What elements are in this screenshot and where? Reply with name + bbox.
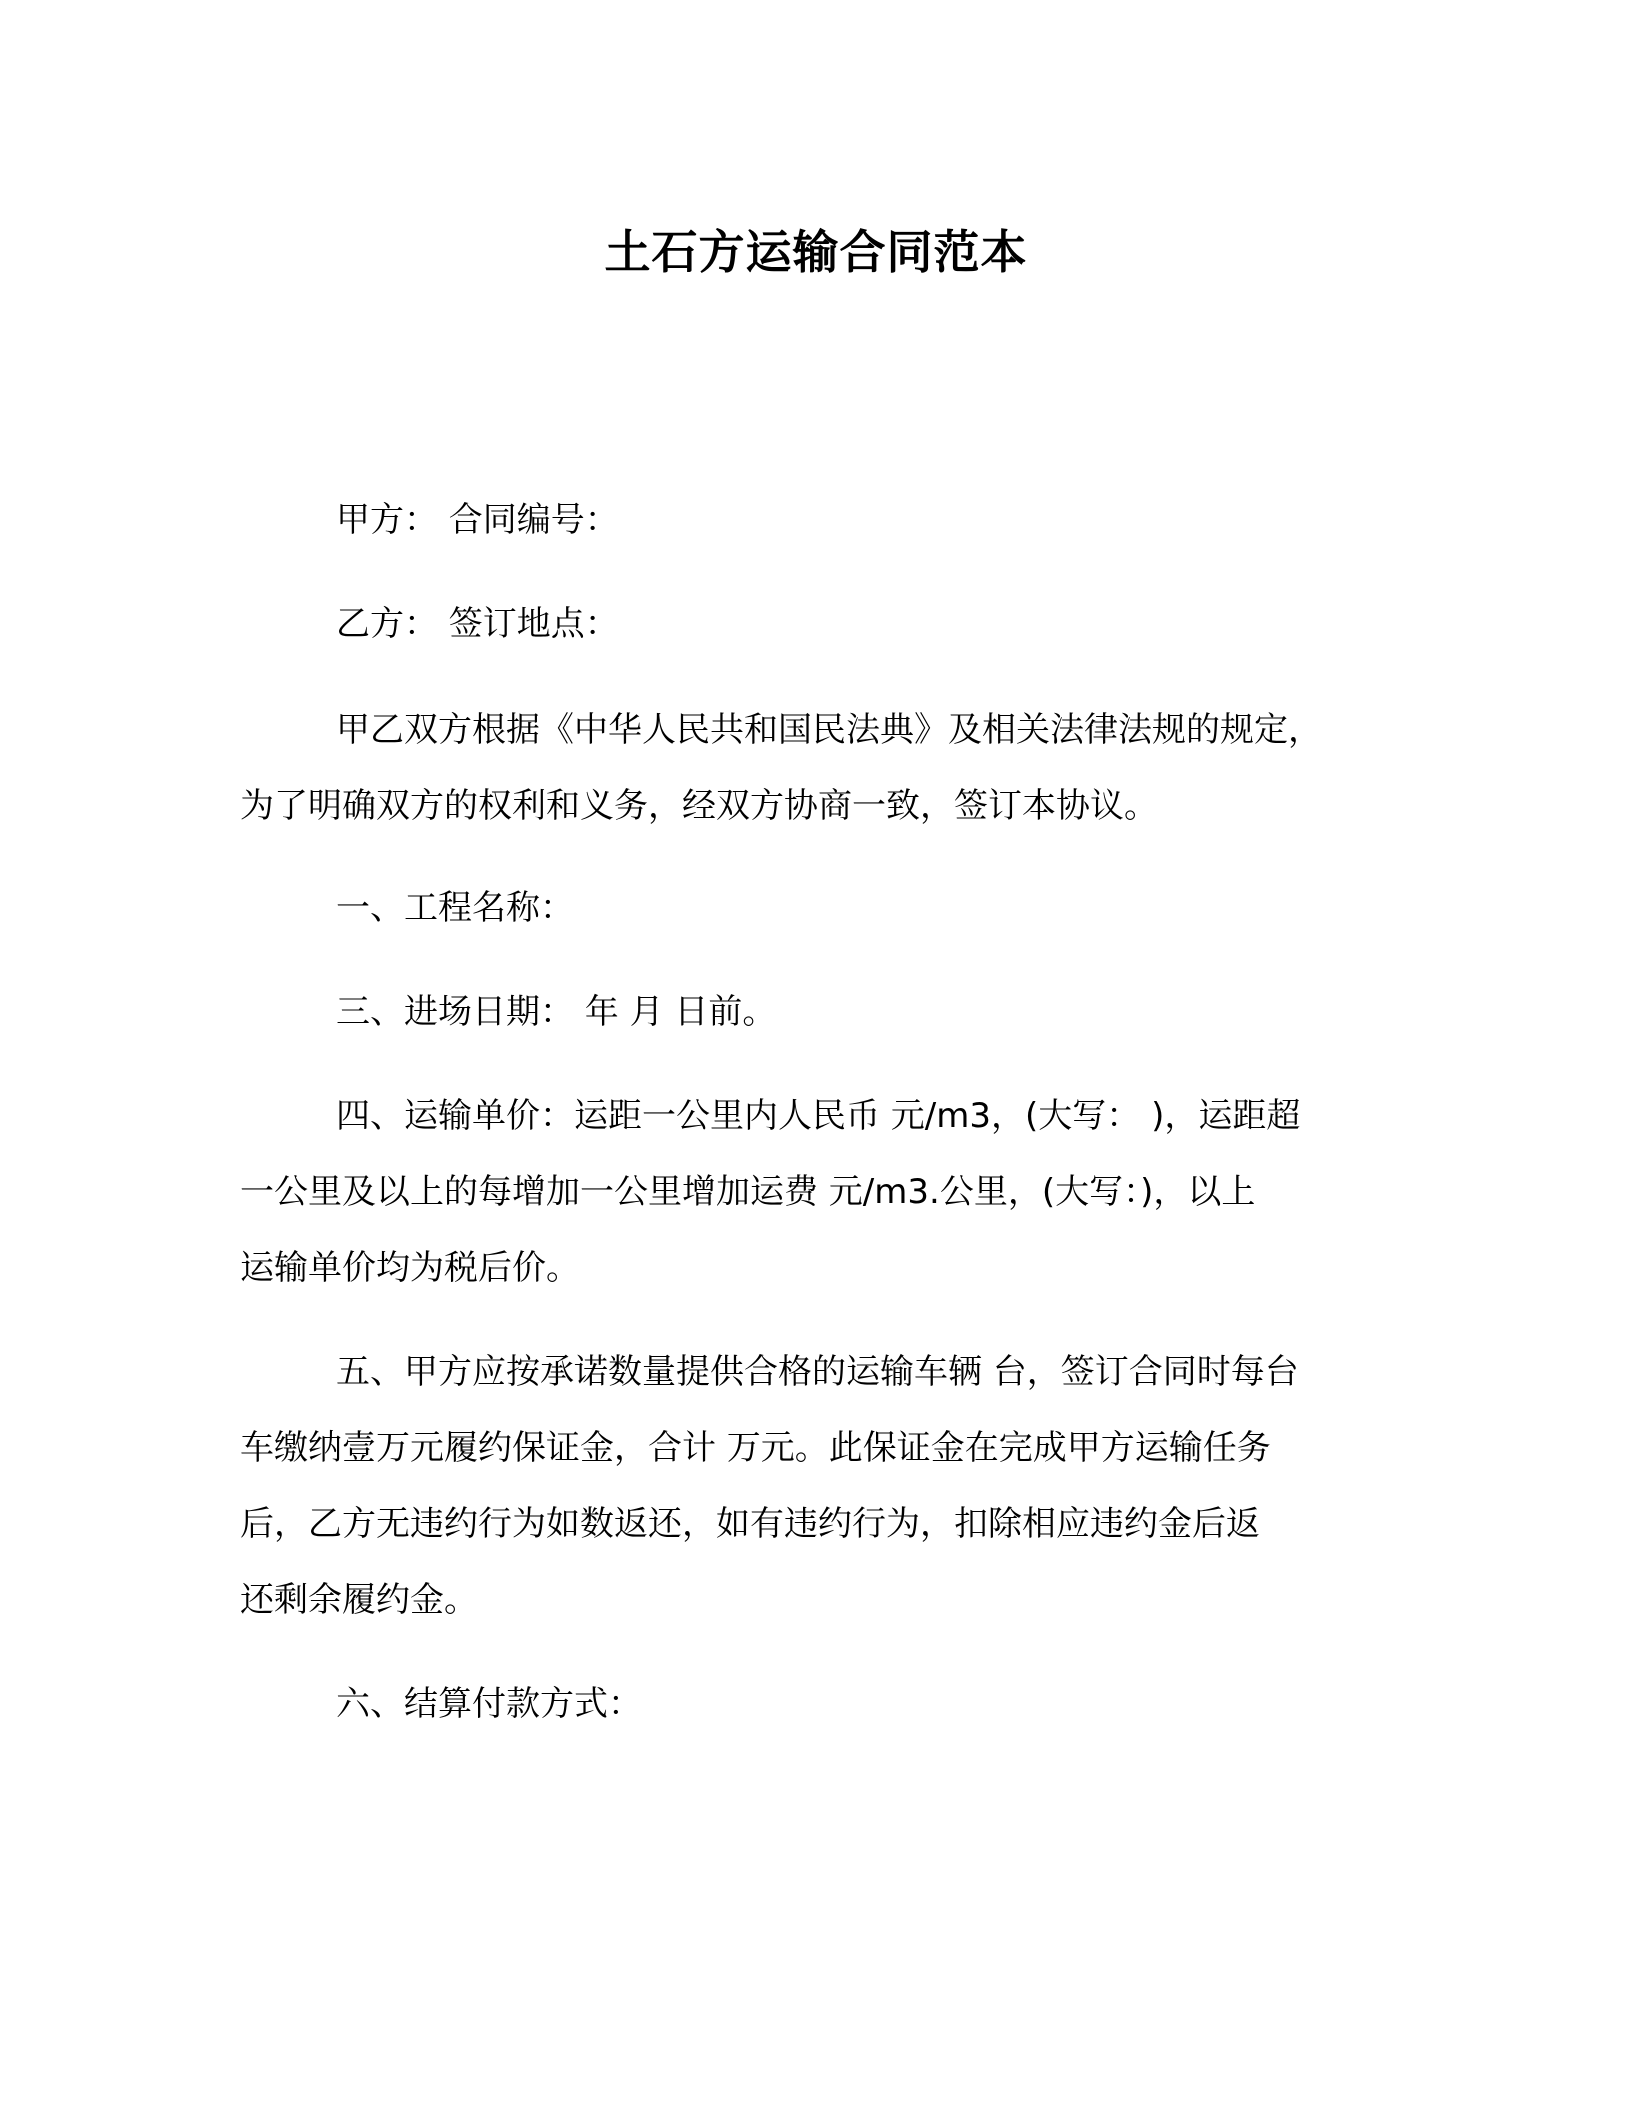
clause-5-deposit-line-1: 五、甲方应按承诺数量提供合格的运输车辆 台，签订合同时每台: [336, 1350, 1299, 1394]
party-b-line: 乙方： 签订地点：: [336, 602, 619, 646]
clause-5-deposit-line-4: 还剩余履约金。: [240, 1578, 478, 1622]
clause-5-deposit-line-2: 车缴纳壹万元履约保证金，合计 万元。此保证金在完成甲方运输任务: [240, 1426, 1271, 1470]
clause-1-project-name: 一、工程名称：: [336, 886, 574, 930]
document-title: 土石方运输合同范本: [0, 222, 1632, 282]
clause-4-unit-price-line-3: 运输单价均为税后价。: [240, 1246, 580, 1290]
party-a-line: 甲方： 合同编号：: [336, 498, 619, 542]
clause-4-unit-price-line-2: 一公里及以上的每增加一公里增加运费 元/m3.公里，(大写：)，以上: [240, 1170, 1255, 1214]
clause-5-deposit-line-3: 后，乙方无违约行为如数返还，如有违约行为，扣除相应违约金后返: [240, 1502, 1260, 1546]
clause-3-entry-date: 三、进场日期： 年 月 日前。: [336, 990, 776, 1034]
document-page: 土石方运输合同范本 甲方： 合同编号： 乙方： 签订地点： 甲乙双方根据《中华人…: [0, 0, 1632, 2112]
preamble-line-1: 甲乙双方根据《中华人民共和国民法典》及相关法律法规的规定，: [336, 708, 1322, 752]
clause-4-unit-price-line-1: 四、运输单价：运距一公里内人民币 元/m3，(大写： )，运距超: [336, 1094, 1300, 1138]
clause-6-payment-method: 六、结算付款方式：: [336, 1682, 642, 1726]
preamble-line-2: 为了明确双方的权利和义务，经双方协商一致，签订本协议。: [240, 784, 1158, 828]
